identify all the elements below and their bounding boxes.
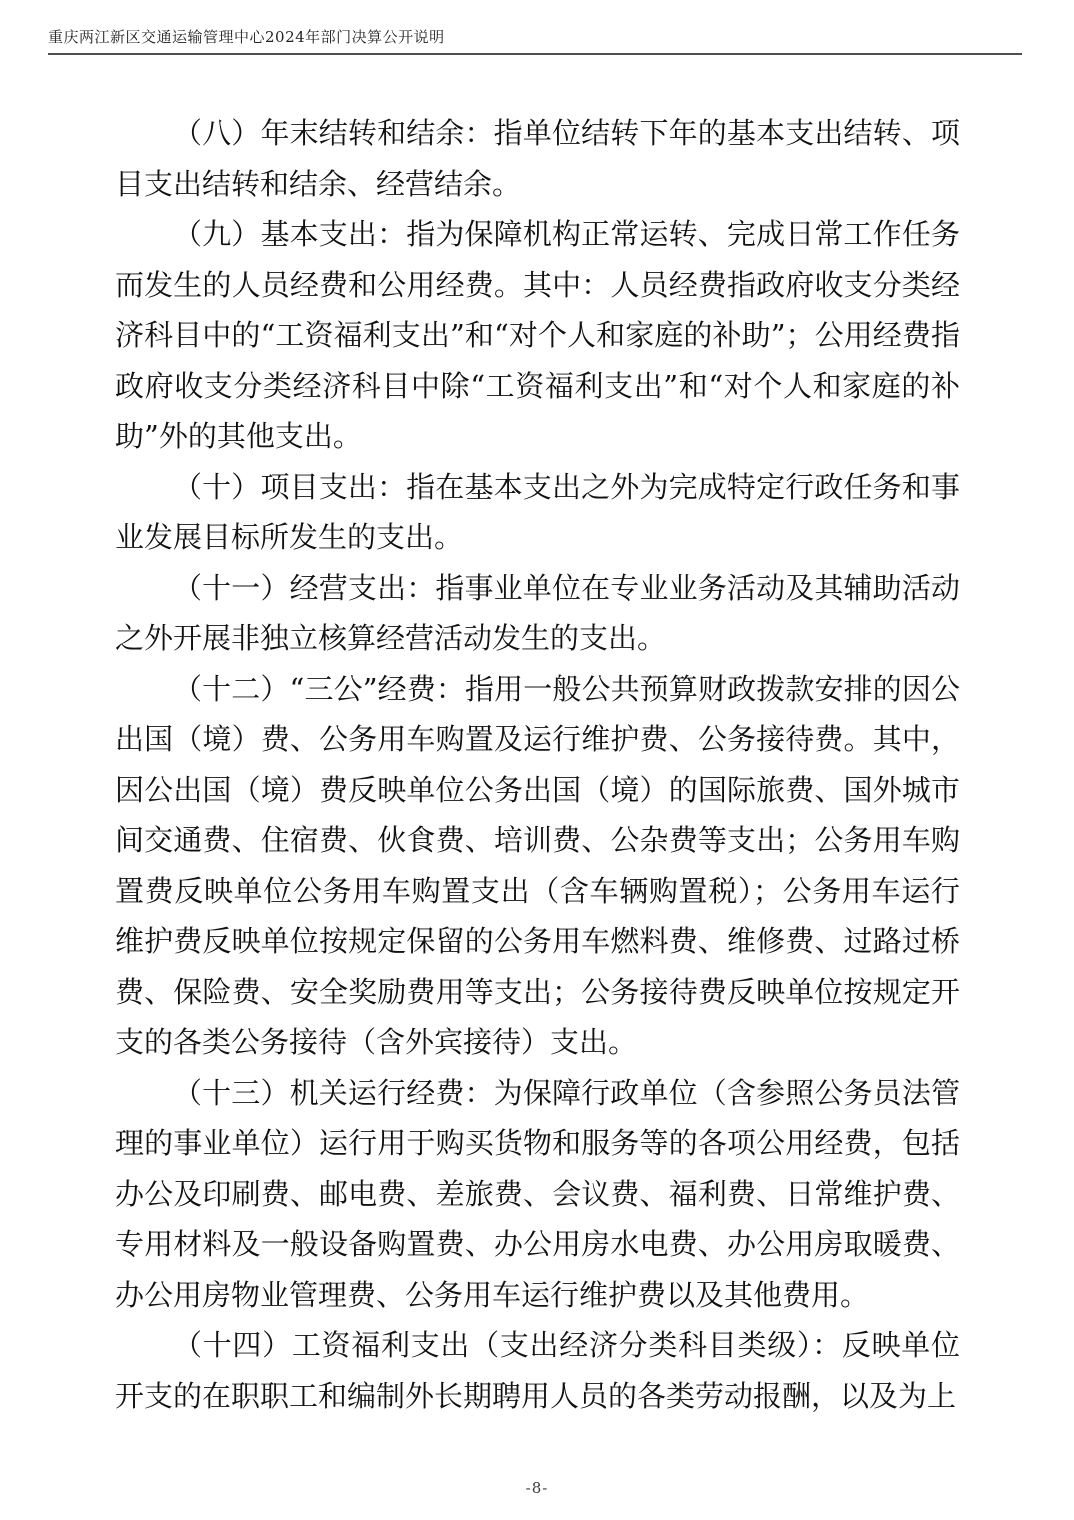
document-body: （八）年末结转和结余：指单位结转下年的基本支出结转、项目支出结转和结余、经营结余… [115, 108, 960, 1421]
page-header: 重庆两江新区交通运输管理中心2024年部门决算公开说明 [48, 28, 1022, 55]
paragraph-item-9: （九）基本支出：指为保障机构正常运转、完成日常工作任务而发生的人员经费和公用经费… [115, 209, 960, 462]
document-page: 重庆两江新区交通运输管理中心2024年部门决算公开说明 （八）年末结转和结余：指… [0, 0, 1074, 1520]
paragraph-item-12: （十二）“三公”经费：指用一般公共预算财政拨款安排的因公出国（境）费、公务用车购… [115, 664, 960, 1068]
paragraph-item-14: （十四）工资福利支出（支出经济分类科目类级）：反映单位开支的在职职工和编制外长期… [115, 1320, 960, 1421]
page-footer: -8- [0, 1478, 1074, 1497]
header-title: 重庆两江新区交通运输管理中心2024年部门决算公开说明 [48, 28, 1022, 47]
paragraph-item-11: （十一）经营支出：指事业单位在专业业务活动及其辅助活动之外开展非独立核算经营活动… [115, 563, 960, 664]
paragraph-item-10: （十）项目支出：指在基本支出之外为完成特定行政任务和事业发展目标所发生的支出。 [115, 462, 960, 563]
paragraph-item-13: （十三）机关运行经费：为保障行政单位（含参照公务员法管理的事业单位）运行用于购买… [115, 1068, 960, 1321]
page-number: -8- [526, 1479, 549, 1497]
paragraph-item-8: （八）年末结转和结余：指单位结转下年的基本支出结转、项目支出结转和结余、经营结余… [115, 108, 960, 209]
